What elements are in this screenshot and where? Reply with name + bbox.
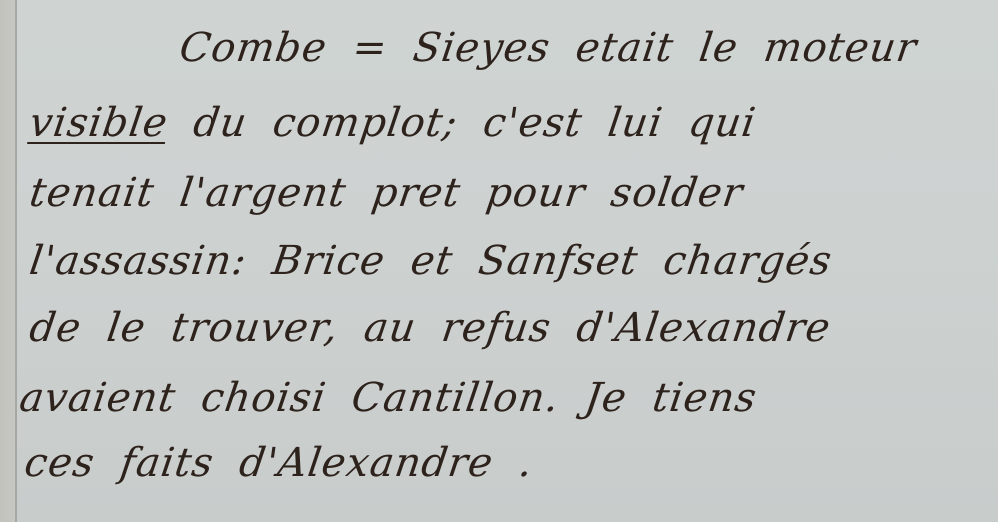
word: et bbox=[408, 238, 456, 284]
page-edge bbox=[0, 0, 15, 522]
word: Sanfset bbox=[476, 238, 642, 284]
word: trouver, bbox=[169, 305, 342, 351]
manuscript-page: Combe=Sieyesetaitlemoteur visibleducompl… bbox=[0, 0, 998, 522]
word: Je bbox=[582, 375, 630, 421]
word: du bbox=[191, 100, 251, 146]
word: faits bbox=[117, 440, 217, 486]
word: = bbox=[350, 25, 391, 71]
word: refus bbox=[439, 305, 554, 351]
word: le bbox=[696, 25, 741, 71]
word: Brice bbox=[269, 238, 388, 284]
manuscript-line-1: Combe=Sieyesetaitlemoteur bbox=[177, 25, 946, 71]
word: l'assassin: bbox=[27, 238, 250, 284]
word: lui bbox=[605, 100, 666, 146]
word: Combe bbox=[177, 25, 330, 71]
word: d'Alexandre bbox=[236, 440, 496, 486]
word: le bbox=[104, 305, 149, 351]
word: qui bbox=[685, 100, 759, 146]
word: au bbox=[361, 305, 419, 351]
manuscript-line-6: avaientchoisiCantillon.Jetiens bbox=[17, 375, 786, 421]
word: . bbox=[516, 440, 536, 486]
word: l'argent bbox=[177, 170, 349, 216]
word: complot; bbox=[270, 100, 461, 146]
word: avaient bbox=[17, 375, 179, 421]
word: Cantillon. bbox=[349, 375, 563, 421]
manuscript-line-3: tenaitl'argentpretpoursolder bbox=[27, 170, 772, 216]
manuscript-line-4: l'assassin:BriceetSanfsetchargés bbox=[27, 238, 861, 284]
word: moteur bbox=[761, 25, 920, 71]
word: c'est bbox=[480, 100, 585, 146]
word: Sieyes bbox=[410, 25, 553, 71]
word: solder bbox=[608, 170, 746, 216]
word: ces bbox=[22, 440, 98, 486]
word: pret bbox=[369, 170, 464, 216]
word: d'Alexandre bbox=[574, 305, 834, 351]
word: etait bbox=[573, 25, 677, 71]
manuscript-line-5: deletrouver,aurefusd'Alexandre bbox=[27, 305, 860, 351]
manuscript-line-2: visibleducomplot;c'estluiqui bbox=[27, 100, 785, 146]
word: chargés bbox=[661, 238, 835, 284]
page-fold-line bbox=[15, 0, 17, 522]
word: tenait bbox=[27, 170, 158, 216]
word: choisi bbox=[198, 375, 329, 421]
word: de bbox=[27, 305, 85, 351]
word: tiens bbox=[650, 375, 760, 421]
word: pour bbox=[483, 170, 588, 216]
underlined-word: visible bbox=[27, 100, 171, 146]
manuscript-line-7: cesfaitsd'Alexandre. bbox=[22, 440, 562, 486]
